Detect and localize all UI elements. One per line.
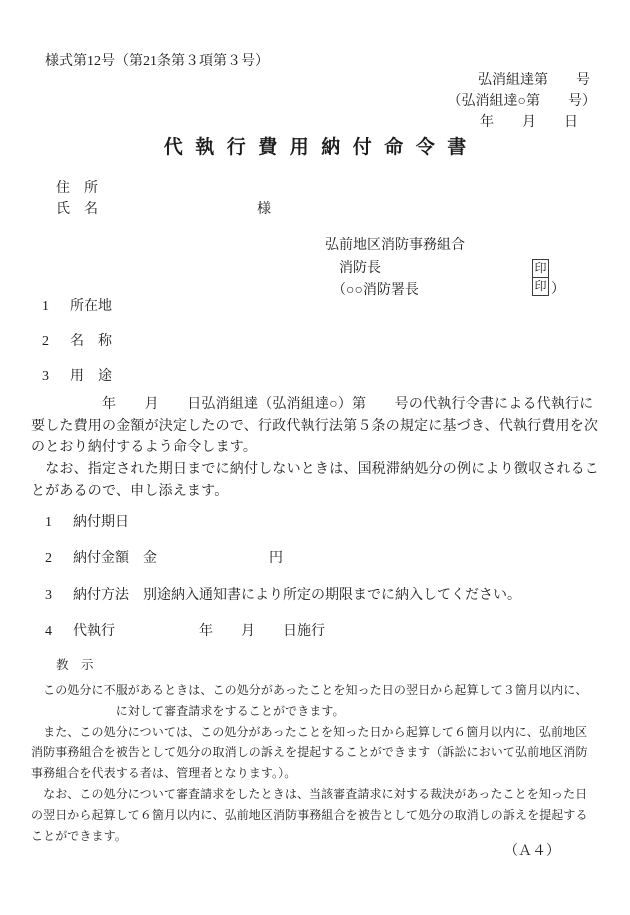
item-number: 2 (42, 335, 70, 349)
instruction-paragraph: この処分に不服があるときは、この処分があったことを知った日の翌日から起算して３箇… (31, 680, 611, 846)
seal-box-station-chief: 印 (532, 277, 549, 296)
payment-item-method: 3 納付方法 別途納入通知書により所定の期限までに納入してください。 (45, 589, 521, 603)
item-label: 納付方法 別途納入通知書により所定の期限までに納入してください。 (73, 589, 521, 603)
payment-item-amount: 2 納付金額 金 円 (45, 552, 283, 566)
item-label: 納付期日 (73, 516, 129, 530)
main-order-paragraph: 年 月 日弘消組達（弘消組達○）第 号の代執行令書による代執行に 要した費用の金… (31, 394, 606, 503)
payment-item-execution-date: 4 代執行 年 月 日施行 (45, 625, 325, 639)
item-label: 用 途 (70, 370, 112, 384)
item-label: 代執行 年 月 日施行 (73, 625, 325, 639)
property-item-location: 1 所在地 (42, 300, 112, 314)
item-label: 納付金額 金 円 (73, 552, 283, 566)
form-number: 様式第12号（第21条第３項第３号） (45, 55, 269, 69)
date-line: 年 月 日 (480, 116, 578, 130)
item-number: 3 (45, 589, 73, 603)
item-number: 4 (45, 625, 73, 639)
item-number: 3 (42, 370, 70, 384)
property-item-name: 2 名 称 (42, 335, 112, 349)
seal-box-fire-chief: 印 (532, 259, 549, 278)
doc-number-line-1: 弘消組達第 号 (478, 74, 590, 88)
paper-size-note: （Ａ４） (504, 845, 560, 859)
payment-item-due-date: 1 納付期日 (45, 516, 129, 530)
document-title: 代執行費用納付命令書 (0, 138, 630, 157)
name-label: 氏 名 (56, 203, 98, 217)
document-page: 様式第12号（第21条第３項第３号） 弘消組達第 号 （弘消組達○第 号） 年 … (0, 0, 630, 915)
property-item-use: 3 用 途 (42, 370, 112, 384)
doc-number-line-2: （弘消組達○第 号） (448, 95, 596, 109)
item-number: 1 (42, 300, 70, 314)
item-number: 1 (45, 516, 73, 530)
item-number: 2 (45, 552, 73, 566)
fire-chief-title: 消防長 (339, 262, 381, 276)
issuer-organization: 弘前地区消防事務組合 (325, 239, 465, 253)
honorific-sama: 様 (257, 203, 271, 217)
item-label: 所在地 (70, 300, 112, 314)
instruction-heading: 教 示 (56, 659, 94, 672)
station-chief-close-paren: ） (551, 283, 565, 297)
station-chief-title: （○○消防署長 (332, 284, 419, 298)
item-label: 名 称 (70, 335, 112, 349)
address-label: 住 所 (56, 182, 98, 196)
